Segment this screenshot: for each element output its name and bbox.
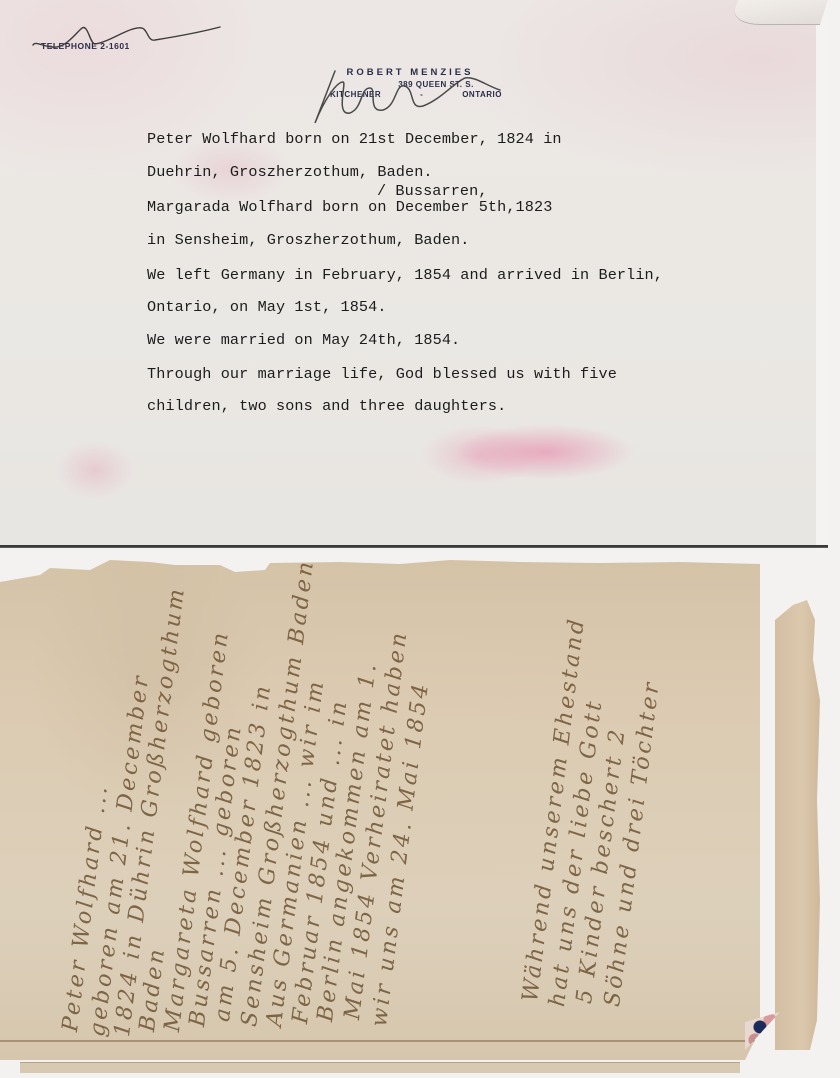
typed-line: Ontario, on May 1st, 1854. [147, 298, 387, 316]
letterhead-city: KITCHENER [330, 90, 381, 99]
paper-bottom-edge [20, 1062, 740, 1073]
handwritten-letter-sheet: Peter Wolfhard ... geboren am 21. Decemb… [0, 560, 760, 1060]
typed-line: Peter Wolfhard born on 21st December, 18… [147, 130, 562, 148]
typed-line: We left Germany in February, 1854 and ar… [147, 266, 663, 284]
typed-line: children, two sons and three daughters. [147, 397, 506, 415]
typed-line: Through our marriage life, God blessed u… [147, 365, 617, 383]
letterhead-name: ROBERT MENZIES [290, 67, 530, 78]
folded-corner [730, 0, 828, 25]
handwritten-letter-body: Peter Wolfhard ... geboren am 21. Decemb… [0, 560, 760, 1060]
typed-line: Duehrin, Groszherzothum, Baden. [147, 163, 433, 181]
letterhead: ROBERT MENZIES 389 QUEEN ST. S. KITCHENE… [290, 67, 530, 99]
typed-letter-sheet: TELEPHONE 2-1601 ROBERT MENZIES 389 QUEE… [0, 0, 828, 547]
letterhead-street: 389 QUEEN ST. S. [290, 80, 530, 89]
typed-line: We were married on May 24th, 1854. [147, 331, 460, 349]
torn-paper-flap [775, 600, 820, 1050]
typed-line: Margarada Wolfhard born on December 5th,… [147, 198, 552, 216]
typed-line: in Sensheim, Groszherzothum, Baden. [147, 231, 470, 249]
letterhead-telephone: TELEPHONE 2-1601 [41, 41, 130, 51]
letterhead-separator: - [420, 90, 423, 99]
letterhead-city-row: KITCHENER - ONTARIO [290, 90, 530, 99]
paper-crease [0, 1040, 760, 1042]
letterhead-province: ONTARIO [462, 90, 502, 99]
sheet-edge [816, 0, 828, 545]
